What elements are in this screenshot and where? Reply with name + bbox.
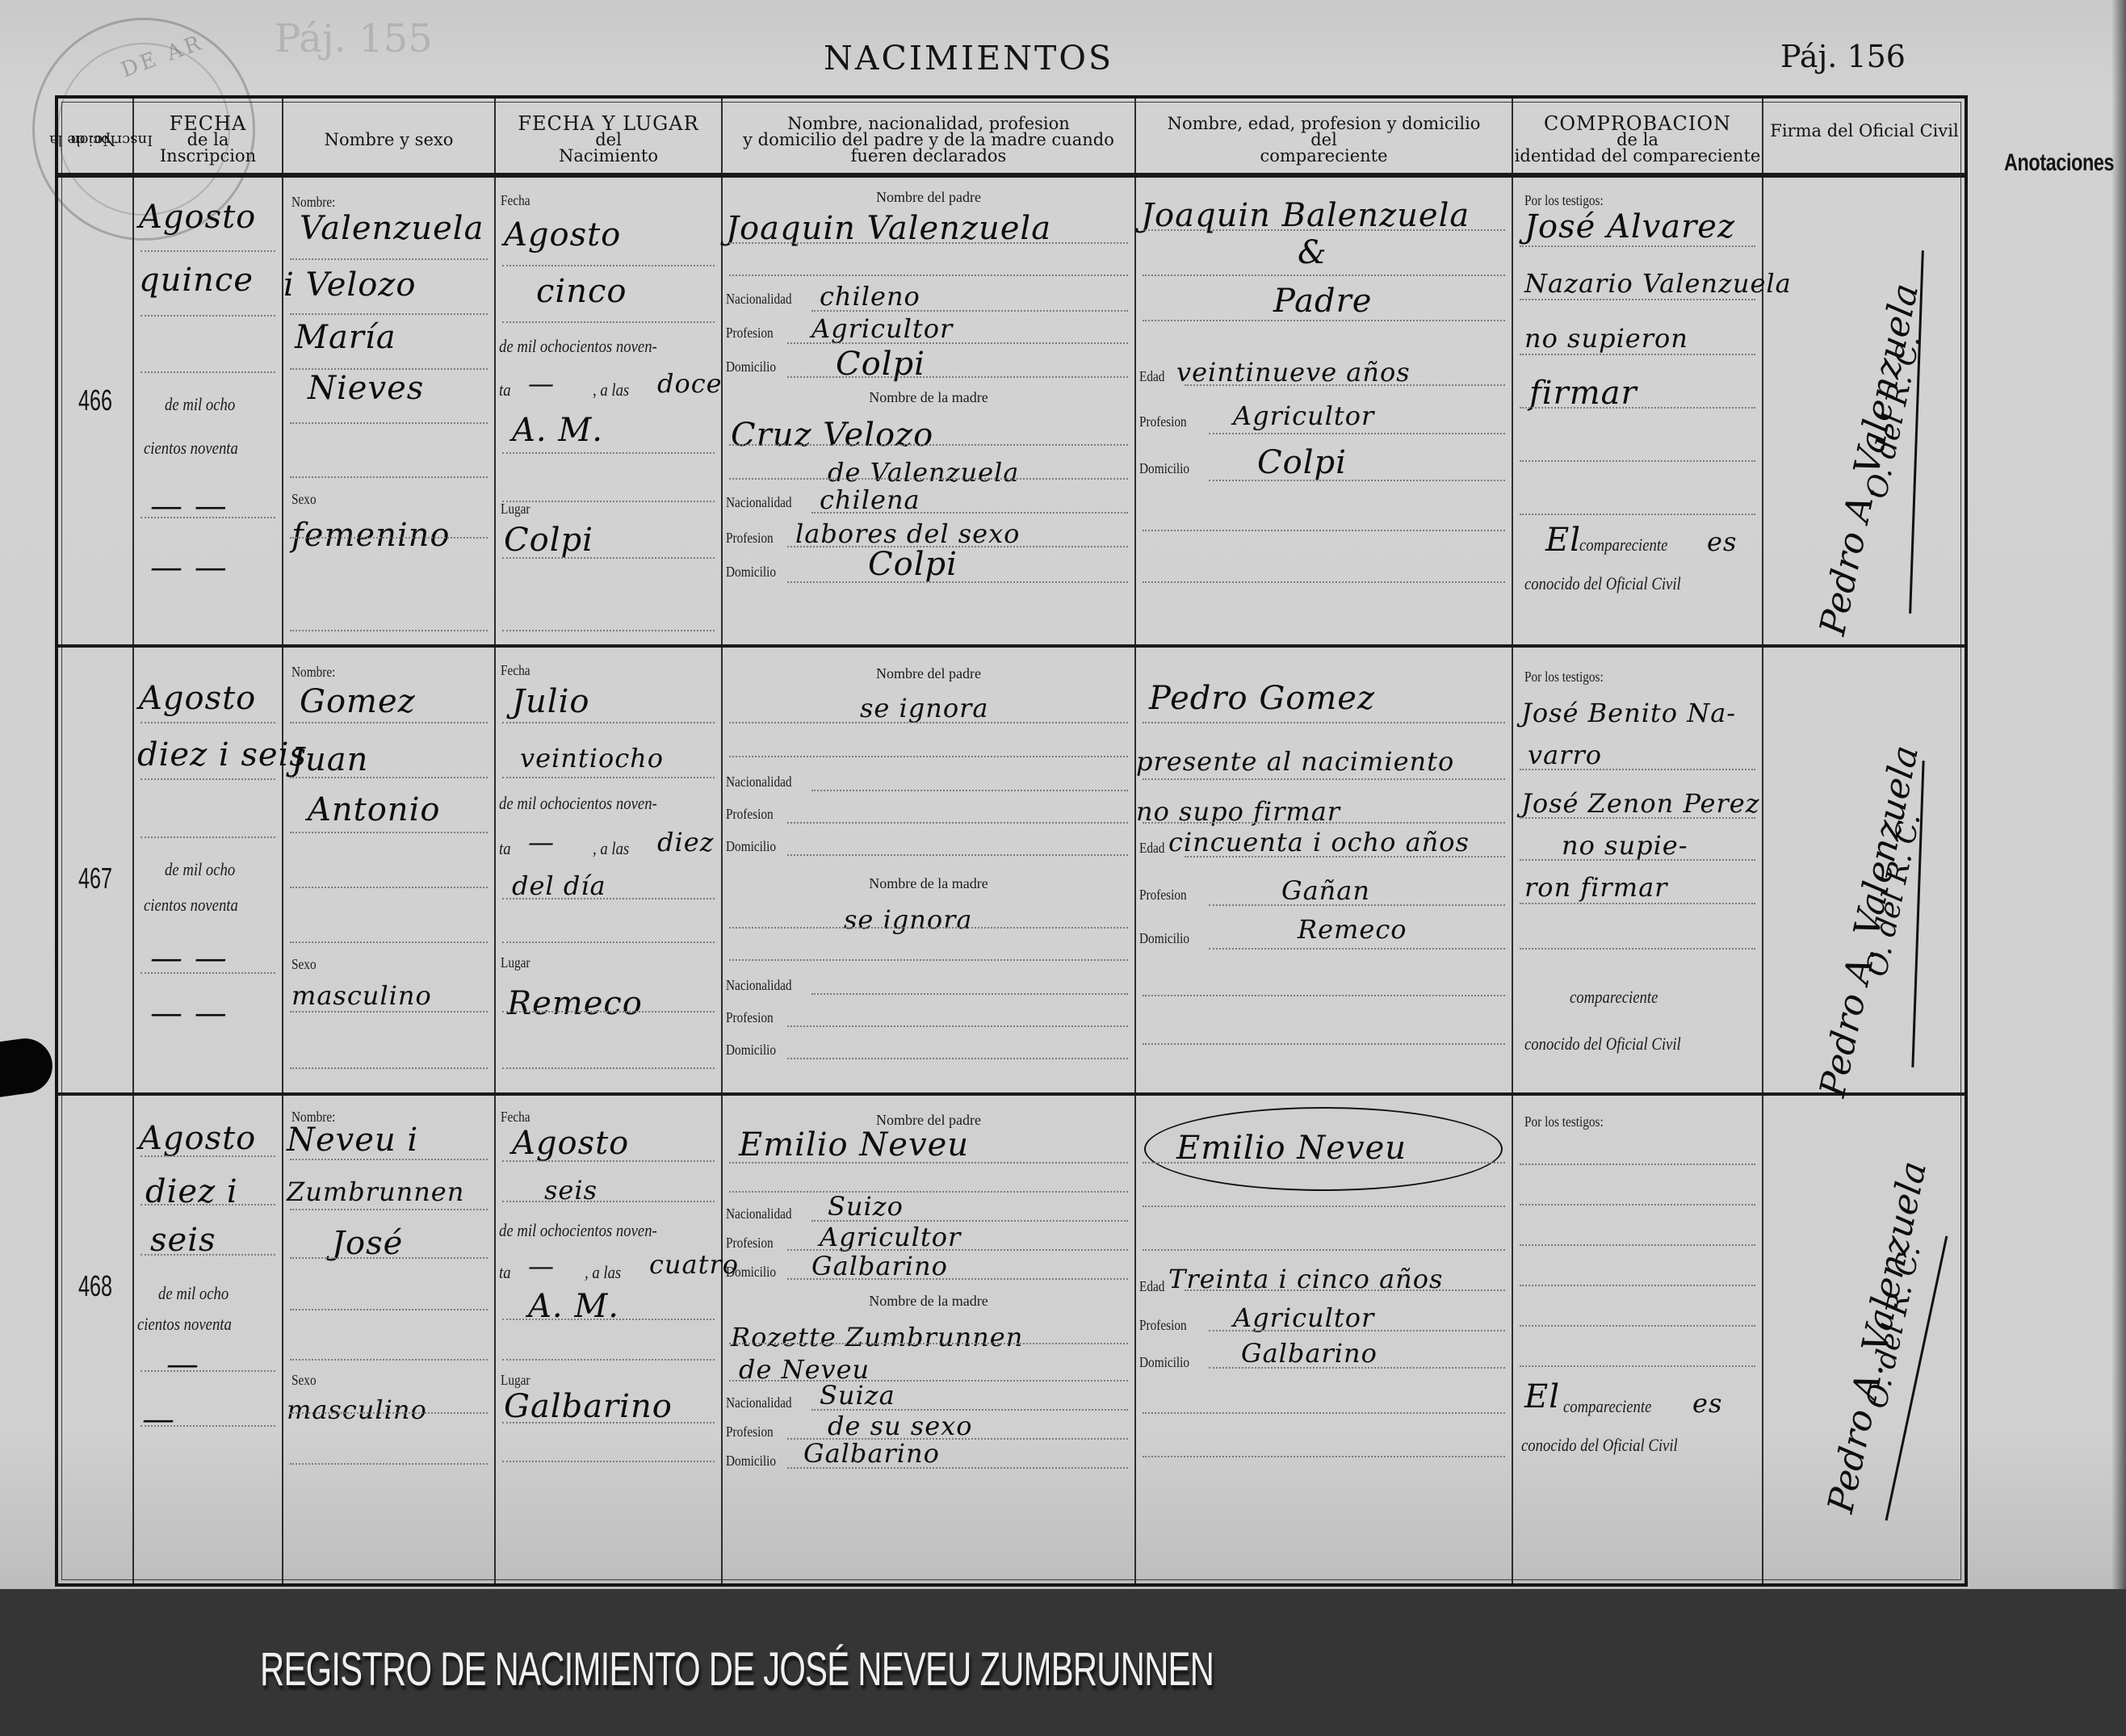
annotations-heading: Anotaciones [2004,149,2114,177]
header-padres: Nombre, nacionalidad, profesiony domicil… [723,105,1134,174]
declarant-name: Pedro Gomez [1149,680,1375,717]
child-surname: Neveu i [287,1122,418,1159]
father-name: Emilio Neveu [739,1126,969,1164]
birth-place: Galbarino [504,1388,673,1425]
entry-number-cell: 468 [58,1096,132,1580]
header-firma: Firma del Oficial Civil [1763,105,1965,174]
name-sex-cell: Nombre: Neveu i Zumbrunnen José Sexo mas… [283,1096,494,1580]
header-compareciente: Nombre, edad, profesion y domiciliodelco… [1136,105,1512,174]
inscription-date-cell: Agosto diez i seis de mil ocho cientos n… [134,1096,282,1580]
inscription-date-cell: Agosto quince de mil ocho cientos novent… [134,178,282,644]
child-surname: Valenzuela [300,210,484,247]
entry-row-466: 466 Agosto quince de mil ocho cientos no… [58,178,1965,644]
parents-cell: Nombre del padre se ignora Nacionalidad … [723,648,1134,1092]
header-comprobacion: COMPROBACIONde laidentidad del compareci… [1513,105,1762,174]
officer-signature-cell: Pedro A. Valenzuela O. del R. C. [1763,1096,1965,1580]
birth-place: Remeco [507,985,643,1022]
birth-date-place-cell: Fecha Agosto cinco de mil ochocientos no… [496,178,721,644]
page-number: Páj. 156 [1780,39,1906,74]
officer-signature-cell: Pedro A. Valenzuela O. del R. C. [1763,648,1965,1092]
father-name: se ignora [860,693,989,723]
officer-signature-cell: Pedro A. Valenzuela O. del R. C. [1763,178,1965,644]
header-fecha-inscripcion: FECHAde laInscripcion [134,105,282,174]
child-sex: femenino [291,517,450,554]
birth-date-place-cell: Fecha Julio veintiocho de mil ochociento… [496,648,721,1092]
bleed-through-text: Páj. 155 [275,16,433,61]
entry-number-cell: 467 [58,648,132,1092]
caption-title: REGISTRO DE NACIMIENTO DE JOSÉ NEVEU ZUM… [260,1642,1214,1696]
witness: José Benito Na- [1521,698,1736,728]
declarant-cell: Emilio Neveu Edad Treinta i cinco años P… [1136,1096,1512,1580]
header-fecha-lugar: FECHA Y LUGARdelNacimiento [496,105,721,174]
officer-signature: Pedro A. Valenzuela [1812,742,1927,1101]
parents-cell: Nombre del padre Emilio Neveu Nacionalid… [723,1096,1134,1580]
identity-check-cell: Por los testigos: El compareciente es co… [1513,1096,1762,1580]
child-sex: masculino [287,1394,427,1425]
header-no-inscripcion: No. de laInscripcion [61,105,132,174]
witness: José Alvarez [1524,208,1735,245]
book-title: NACIMIENTOS [824,39,1113,78]
header-nombre-sexo: Nombre y sexo [283,105,494,174]
mother-name: se ignora [844,904,973,935]
finger-shadow [0,1035,56,1101]
identity-check-cell: Por los testigos: José Alvarez Nazario V… [1513,178,1762,644]
declarant-cell: Pedro Gomez presente al nacimiento no su… [1136,648,1512,1092]
name-sex-cell: Nombre: Gomez Juan Antonio Sexo masculin… [283,648,494,1092]
parents-cell: Nombre del padre Joaquin Valenzuela Naci… [723,178,1134,644]
mother-name: Cruz Velozo [731,417,933,454]
entry-row-468: 468 Agosto diez i seis de mil ocho cient… [58,1096,1965,1580]
entry-number: 466 [69,384,121,417]
child-sex: masculino [291,980,432,1011]
register-page: DE AR Páj. 155 NACIMIENTOS Páj. 156 Anot… [0,0,2126,1589]
entry-number-cell: 466 [58,178,132,644]
birth-place: Colpi [504,522,593,559]
name-sex-cell: Nombre: Valenzuela i Velozo María Nieves… [283,178,494,644]
identity-check-cell: Por los testigos: José Benito Na- varro … [1513,648,1762,1092]
mother-name: Rozette Zumbrunnen [731,1322,1023,1352]
child-surname: Gomez [300,683,416,720]
entry-number: 468 [69,1269,121,1303]
inscription-date-cell: Agosto diez i seis de mil ocho cientos n… [134,648,282,1092]
entry-row-467: 467 Agosto diez i seis de mil ocho cient… [58,648,1965,1092]
declarant-cell: Joaquin Balenzuela & Padre Edad veintinu… [1136,178,1512,644]
witness: Nazario Valenzuela [1524,268,1792,299]
caption-bar: REGISTRO DE NACIMIENTO DE JOSÉ NEVEU ZUM… [0,1589,2126,1736]
witness: José Zenon Perez [1521,788,1760,819]
birth-date-place-cell: Fecha Agosto seis de mil ochocientos nov… [496,1096,721,1580]
entry-number: 467 [69,862,121,895]
birth-register-table: No. de laInscripcion FECHAde laInscripci… [55,95,1968,1587]
